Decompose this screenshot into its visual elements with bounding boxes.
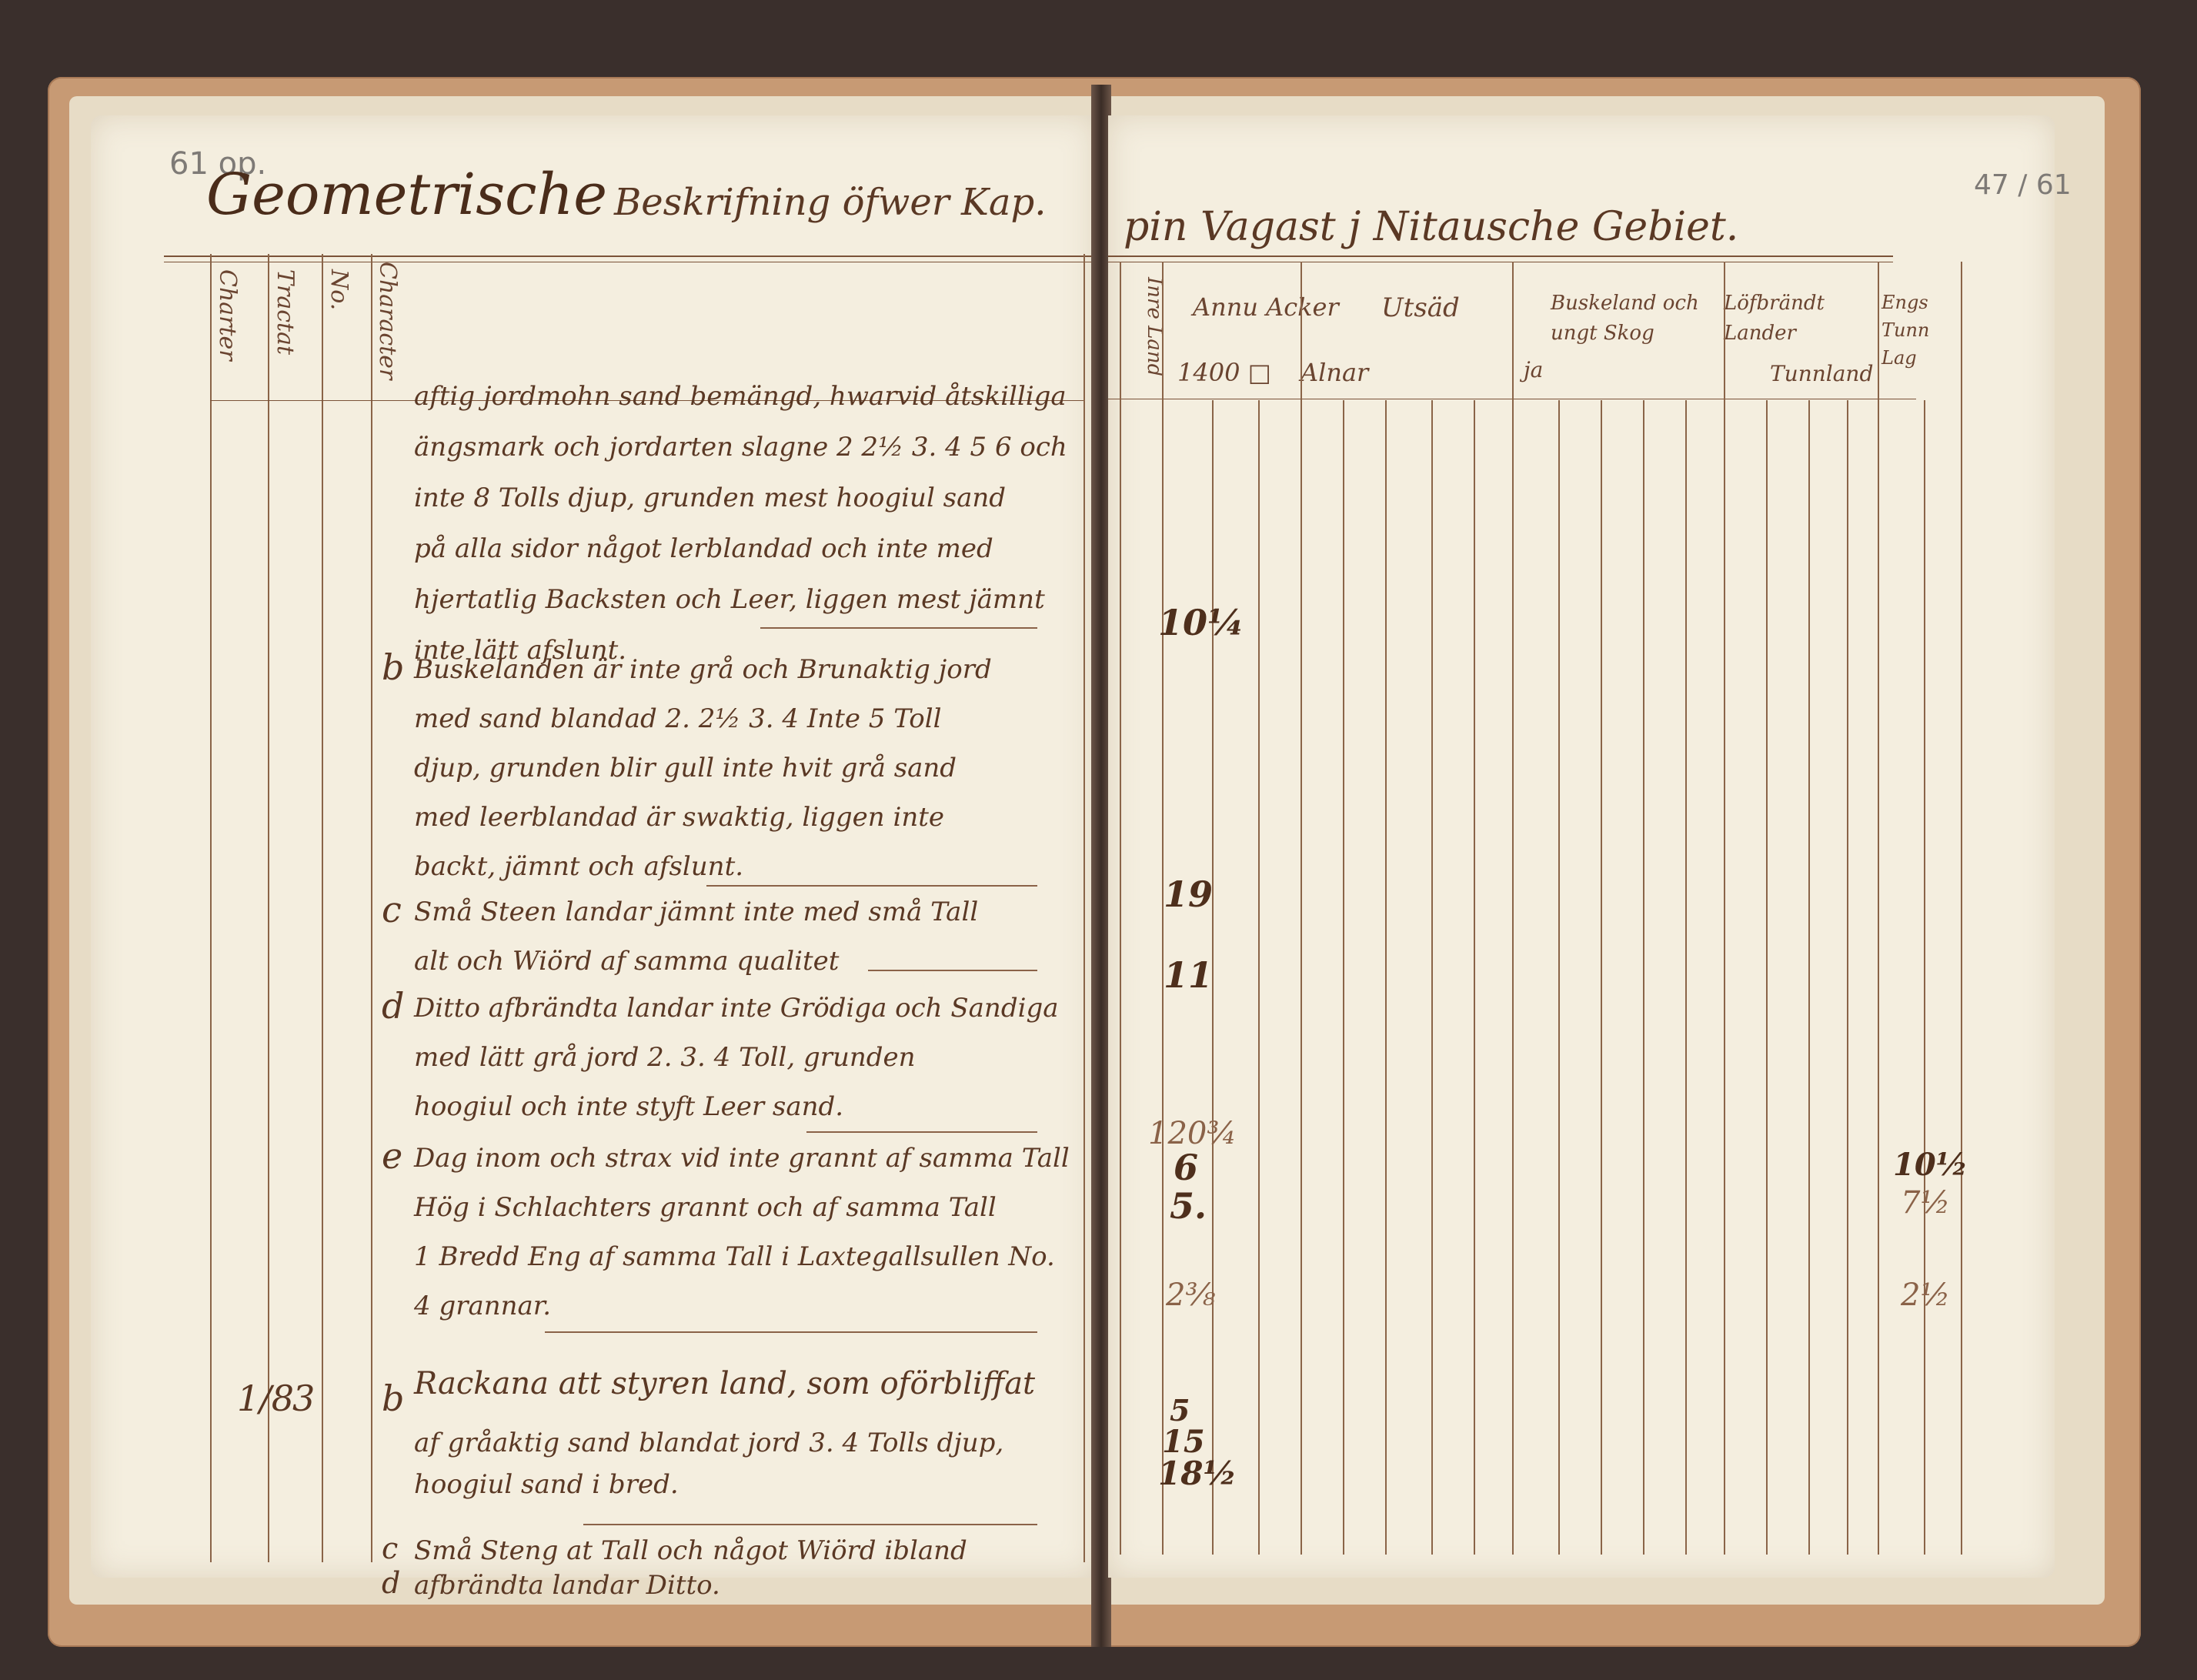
value-engs-e2: 7½ [1901,1185,1950,1221]
col-divider [1724,262,1725,1555]
col-divider [1431,400,1433,1555]
col-divider [1766,400,1768,1555]
entry-end-rule [806,1131,1037,1133]
header-rule [164,256,1095,257]
entry-c: Små Steen landar jämnt inte med små Tall… [414,897,978,995]
entry-end-rule [583,1524,1037,1525]
col-divider [1512,262,1514,1555]
col-header-engs: Engs Tunn Lag [1881,289,1935,372]
col-header-buskeland: Buskeland och ungt Skog [1551,289,1720,349]
col-divider [1343,400,1344,1555]
header-rule [1108,256,1893,257]
page-title-cont: Beskrifning öfwer Kap. [614,181,1046,224]
col-divider [1961,262,1962,1555]
value-row-a: 10¼ [1158,602,1244,643]
value-row-e3: 2⅜ [1166,1278,1215,1313]
col-divider [1301,262,1302,1555]
header-rule-2 [164,262,1095,262]
col-header-acker: Annu Acker [1193,289,1339,326]
col-header-utsad-sub: Alnar [1301,354,1368,391]
page-title: Geometrische [206,162,607,228]
value-row-c: 11 [1164,954,1213,996]
col-divider [1878,262,1879,1555]
col-divider [322,254,323,1562]
col-divider [1808,400,1810,1555]
value-row-e2: 5. [1170,1185,1207,1227]
col-divider [1558,400,1560,1555]
entry-end-rule [868,970,1037,971]
col-header-acker-sub: 1400 □ [1177,354,1271,391]
value-rackana-d: 18½ [1158,1455,1237,1492]
col-header-tractat: Tractat [272,269,299,355]
col-divider [1083,254,1085,1562]
value-engs-e1: 10½ [1893,1147,1968,1183]
col-divider [1847,400,1848,1555]
value-engs-e3: 2½ [1901,1278,1950,1313]
col-divider [371,254,372,1562]
entry-letter-d2: d [382,1566,400,1600]
pencil-folio-right: 47 / 61 [1974,169,2072,201]
col-divider [1643,400,1644,1555]
col-divider [1685,400,1687,1555]
right-page-title: pin Vagast j Nitausche Gebiet. [1124,204,1738,250]
col-divider [1258,400,1260,1555]
entry-c2: Små Steng at Tall och något Wiörd ibland [414,1535,967,1566]
col-header-lofbrandt: Löfbrändt Lander [1724,289,1855,349]
col-divider [268,254,269,1562]
col-divider [1385,400,1387,1555]
entry-letter-d: d [382,985,404,1027]
entry-end-rule [706,885,1037,887]
margin-tractat: 3 [292,1378,315,1419]
entry-rackana: Rackana att styren land, som oförbliffat… [414,1366,1035,1511]
col-header-no: No. [326,269,352,310]
entry-end-rule [760,627,1037,629]
value-row-e1: 6 [1174,1147,1198,1188]
col-divider [1601,400,1602,1555]
col-header-charter: Charter [214,269,241,361]
entry-d: Ditto afbrändta landar inte Grödiga och … [414,993,1059,1141]
col-divider [1474,400,1475,1555]
entry-letter-b: b [382,646,404,688]
entry-d2: afbrändta landar Ditto. [414,1570,720,1601]
right-page: 47 / 61 pin Vagast j Nitausche Gebiet. I… [1108,115,2055,1578]
col-divider [210,254,212,1562]
col-header-buskeland-sub: ja [1524,354,1543,386]
col-divider [1924,400,1925,1555]
left-page: 61 op. Geometrische Beskrifning öfwer Ka… [91,115,1095,1578]
col-header-character: Character [374,262,401,379]
entry-letter-c: c [382,889,402,930]
entry-end-rule [545,1331,1037,1333]
entry-e: Dag inom och strax vid inte grannt af sa… [414,1143,1070,1340]
value-rackana-b: 5 [1170,1393,1190,1428]
entry-a: aftig jordmohn sand bemängd, hwarvid åts… [414,381,1067,686]
margin-charter: 1/8 [237,1378,294,1419]
entry-b: Buskelanden är inte grå och Brunaktig jo… [414,654,992,900]
margin-no: b [382,1378,404,1419]
value-row-b: 19 [1164,873,1213,915]
entry-letter-c2: c [382,1531,398,1565]
col-divider [1120,262,1121,1555]
col-header-utsad: Utsäd [1381,289,1460,328]
col-header-lofbrandt-sub: Tunnland [1770,358,1873,390]
entry-letter-e: e [382,1135,402,1177]
header-rule-2 [1108,262,1893,262]
